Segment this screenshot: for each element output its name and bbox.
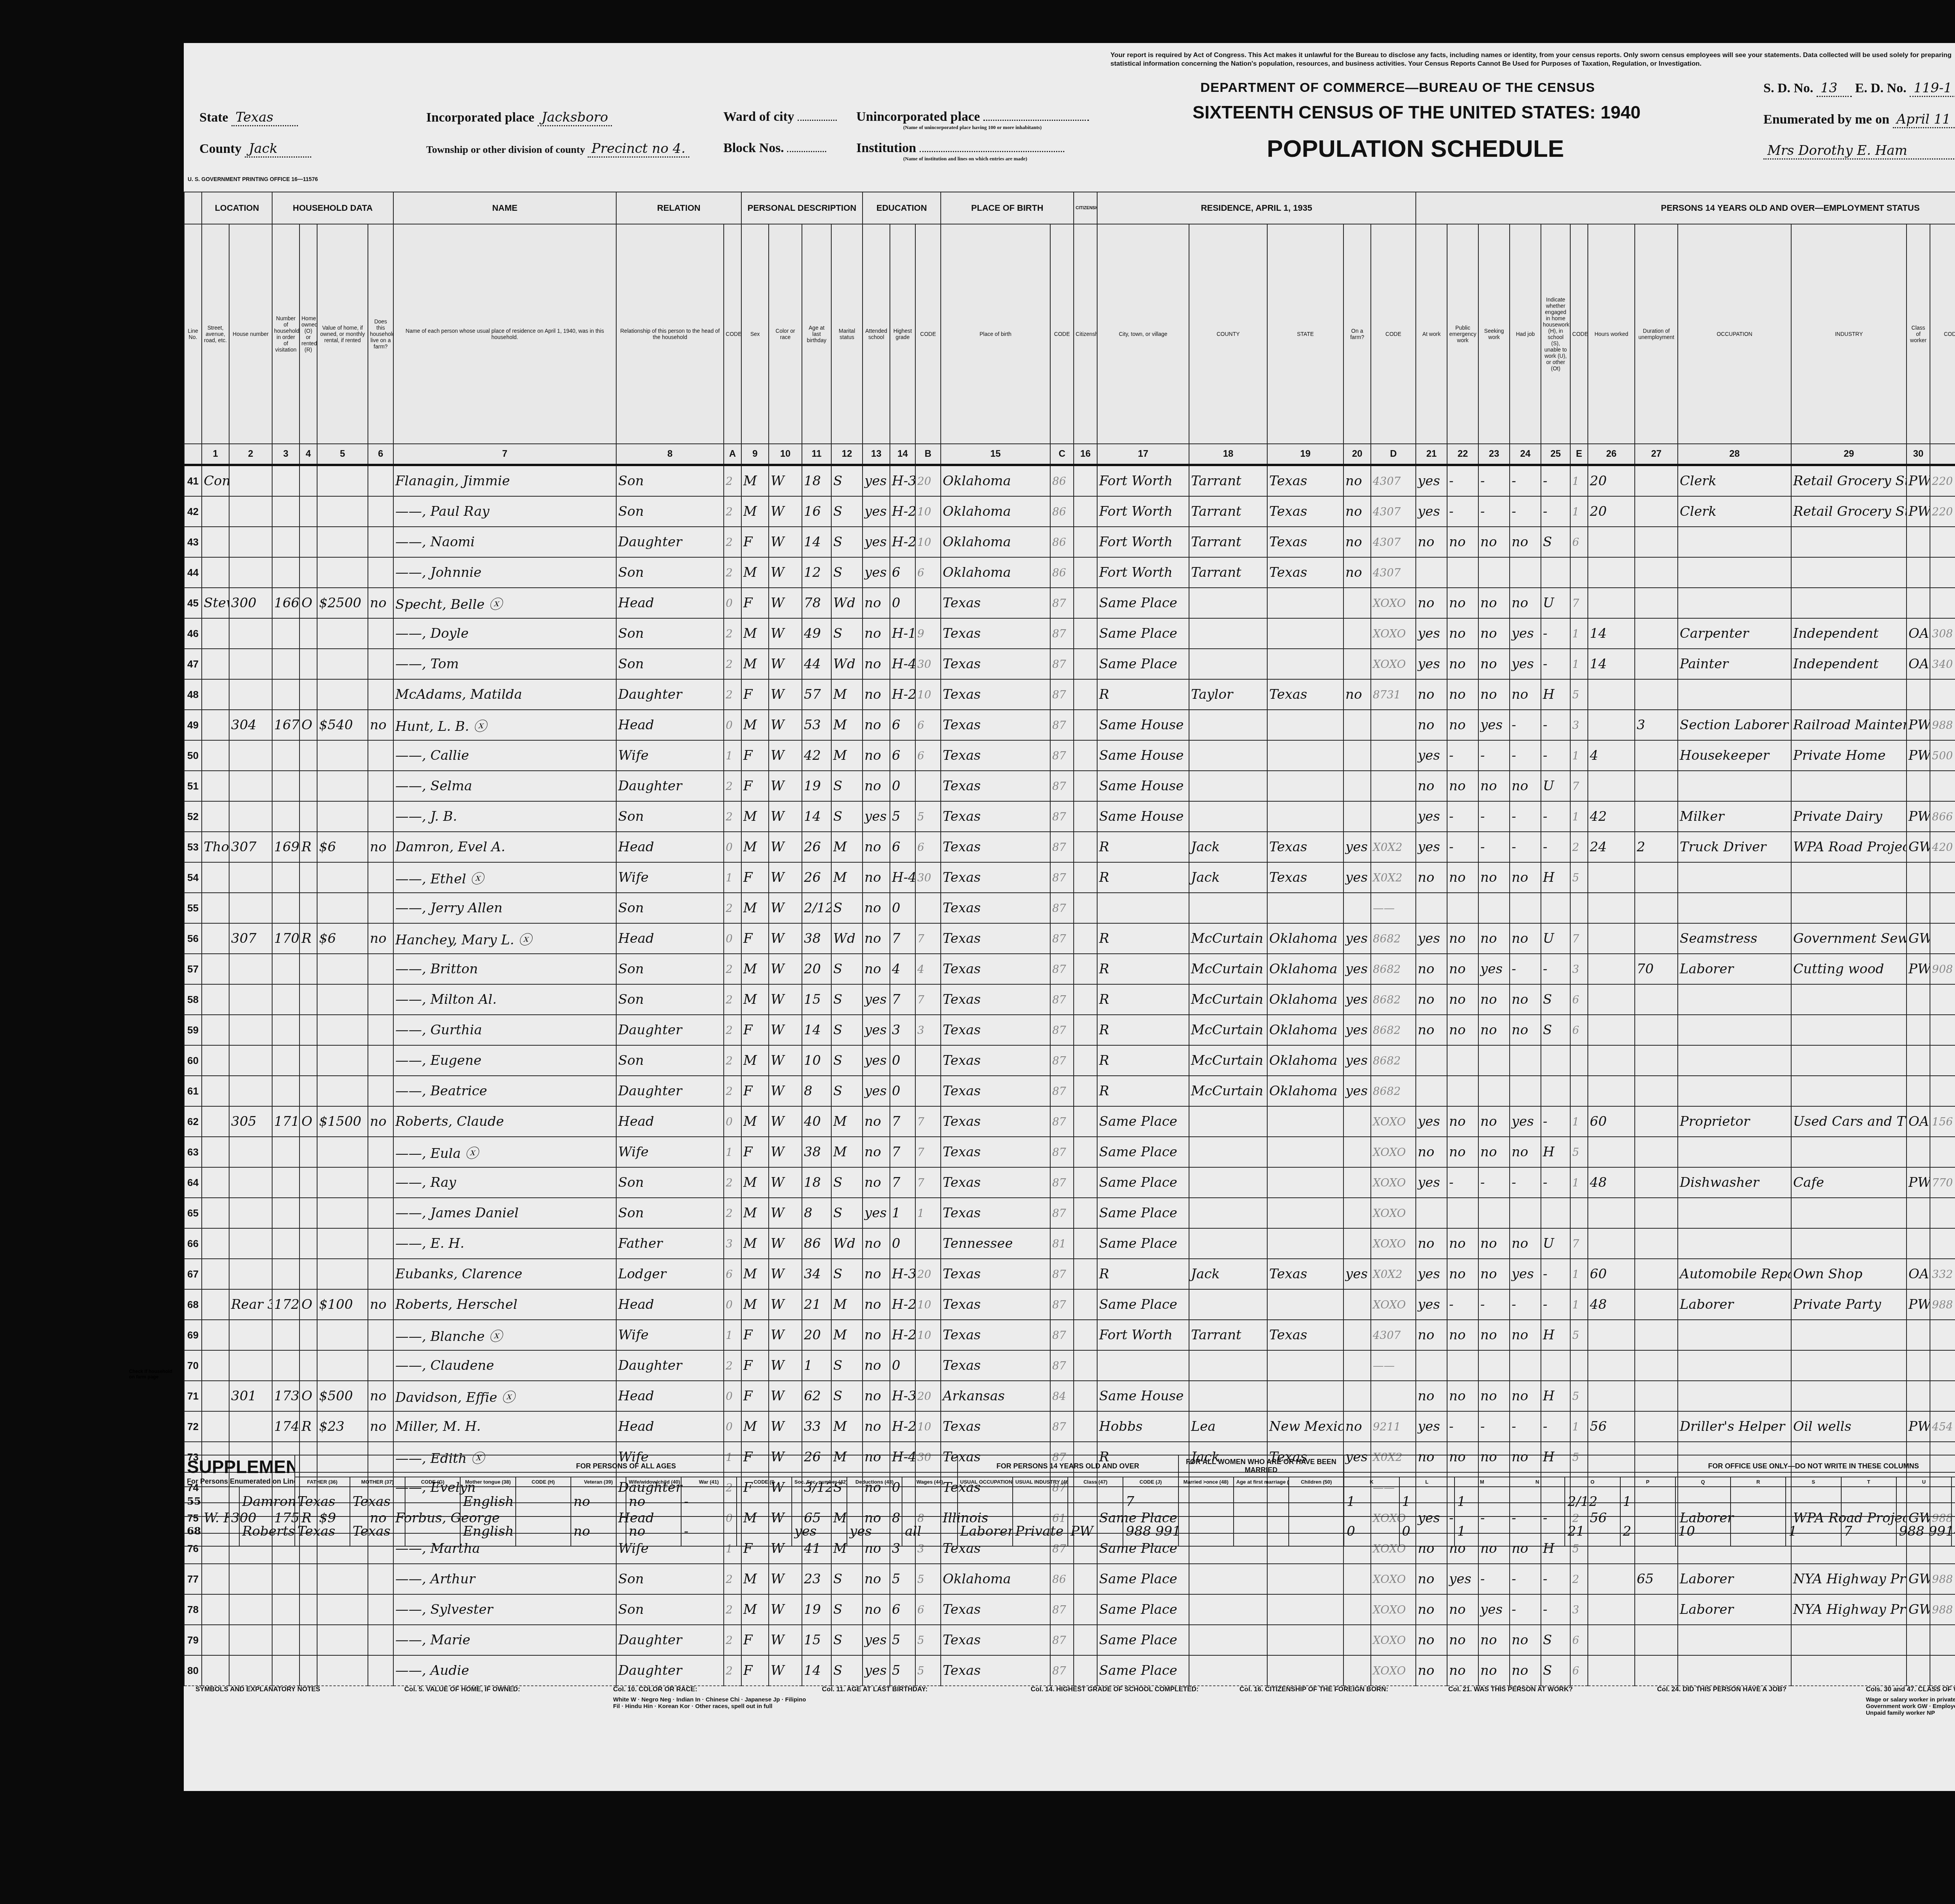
cell-codeE: 1: [1570, 496, 1588, 527]
cell-county: [1189, 1289, 1267, 1320]
cell-cit: [1074, 679, 1097, 710]
cell-house: [229, 557, 272, 588]
cell-codeC: 87: [1050, 1045, 1074, 1076]
cell-codeE: 2: [1570, 1564, 1588, 1594]
cell-state: [1267, 710, 1343, 740]
cell-age: 18: [802, 465, 831, 496]
cell-codeD: XOXO: [1371, 1564, 1416, 1594]
cell-hh: 169: [272, 832, 300, 862]
cell-codeE: 3: [1570, 710, 1588, 740]
line-number: 54: [184, 862, 202, 893]
cell-c26: [1588, 984, 1635, 1015]
cell-onfarm: [1343, 1594, 1371, 1625]
cell-sch: no: [863, 1594, 890, 1625]
cell-farm: no: [368, 588, 393, 618]
cell-city: R: [1097, 1259, 1189, 1289]
supp-cell-c42: [792, 1487, 847, 1516]
cell-codeB: [915, 588, 941, 618]
unincorporated-field: Unincorporated place (Name of unincorpor…: [856, 109, 1089, 131]
cell-grade: H-3: [890, 465, 915, 496]
cell-c24: no: [1510, 1625, 1541, 1655]
cell-birth: Arkansas: [941, 1381, 1050, 1411]
group-14-over: FOR PERSONS 14 YEARS OLD AND OVER: [958, 1455, 1178, 1477]
supplementary-subtitle: For Persons Enumerated on Lines 55 and 6…: [187, 1477, 292, 1486]
cell-codeD: XOXO: [1371, 1655, 1416, 1686]
cell-c23: no: [1478, 771, 1510, 801]
supplementary-title: SUPPLEMENTARY QUESTIONS: [187, 1456, 292, 1477]
cell-birth: Texas: [941, 1015, 1050, 1045]
cell-onfarm: yes: [1343, 1015, 1371, 1045]
cell-sex: F: [741, 588, 769, 618]
cell-name: ——, Ray: [393, 1167, 616, 1198]
cell-codeC: 87: [1050, 679, 1074, 710]
cell-county: Jack: [1189, 1259, 1267, 1289]
cell-name: ——, Milton Al.: [393, 984, 616, 1015]
supp-column-header: V: [1951, 1477, 1955, 1487]
cell-race: W: [769, 557, 802, 588]
cell-mar: S: [831, 1259, 863, 1289]
cell-codeB: 20: [915, 1381, 941, 1411]
supp-cell-occ: Laborer: [958, 1516, 1013, 1546]
supp-row: 55Damron, Jerry AllenTexasTexasEnglishno…: [184, 1487, 1955, 1516]
supp-cell-j: 7: [1123, 1487, 1178, 1516]
cell-county: [1189, 1564, 1267, 1594]
column-number: 23: [1478, 444, 1510, 465]
supp-cell-c50: [1289, 1487, 1344, 1516]
cell-race: W: [769, 527, 802, 557]
cell-ind: [1791, 1320, 1907, 1350]
cell-c22: no: [1447, 1320, 1478, 1350]
cell-race: W: [769, 1076, 802, 1106]
supp-cell-N: [1510, 1516, 1565, 1546]
cell-grade: H-4: [890, 862, 915, 893]
column-number: 5: [317, 444, 368, 465]
cell-c25: -: [1541, 1167, 1570, 1198]
cell-cls: [1907, 1228, 1930, 1259]
cell-c23: no: [1478, 1381, 1510, 1411]
cell-ind: NYA Highway Project: [1791, 1564, 1907, 1594]
cell-race: W: [769, 893, 802, 923]
supp-column-header: Soc. Sec. number (42): [792, 1477, 847, 1487]
column-number: 13: [863, 444, 890, 465]
column-number: 17: [1097, 444, 1189, 465]
cell-c27: [1635, 1594, 1678, 1625]
cell-c23: -: [1478, 1289, 1510, 1320]
supp-column-header: CODE (I): [737, 1477, 792, 1487]
cell-codeF: [1930, 1045, 1955, 1076]
cell-county: McCurtain: [1189, 1015, 1267, 1045]
cell-city: Same Place: [1097, 618, 1189, 649]
supp-column-header: Married >once (48): [1178, 1477, 1234, 1487]
cell-house: 305: [229, 1106, 272, 1137]
column-header: CODE: [1570, 224, 1588, 444]
cell-codeD: X0X2: [1371, 862, 1416, 893]
cell-age: 19: [802, 771, 831, 801]
cell-sch: yes: [863, 1625, 890, 1655]
cell-birth: Texas: [941, 1076, 1050, 1106]
cell-c22: no: [1447, 923, 1478, 954]
cell-occ: Laborer: [1678, 954, 1791, 984]
cell-codeF: [1930, 862, 1955, 893]
cell-codeC: 87: [1050, 1106, 1074, 1137]
supp-cell-cls: PW: [1068, 1516, 1123, 1546]
cell-age: 62: [802, 1381, 831, 1411]
cell-street: [202, 679, 229, 710]
cell-sex: M: [741, 1259, 769, 1289]
supplementary-table: SUPPLEMENTARY QUESTIONS For Persons Enum…: [184, 1455, 1955, 1547]
line-number: 50: [184, 740, 202, 771]
supp-cell-name: Roberts, Herschel: [239, 1516, 294, 1546]
cell-county: [1189, 1167, 1267, 1198]
sd-value: 13: [1817, 80, 1852, 97]
column-number-row: 12345678A91011121314B15C1617181920D21222…: [184, 444, 1955, 465]
cell-grade: 5: [890, 1564, 915, 1594]
cell-c27: [1635, 557, 1678, 588]
cell-c23: no: [1478, 1015, 1510, 1045]
cell-c21: yes: [1416, 1411, 1447, 1442]
cell-sch: no: [863, 893, 890, 923]
cell-name: ——, Beatrice: [393, 1076, 616, 1106]
supp-column-header: M: [1455, 1477, 1510, 1487]
cell-sex: M: [741, 1289, 769, 1320]
cell-codeC: 87: [1050, 862, 1074, 893]
cell-state: [1267, 1289, 1343, 1320]
state-field: State Texas: [199, 109, 298, 126]
cell-name: ——, Sylvester: [393, 1594, 616, 1625]
cell-c21: [1416, 1198, 1447, 1228]
cell-sex: M: [741, 465, 769, 496]
cell-c24: no: [1510, 1015, 1541, 1045]
cell-sch: no: [863, 1137, 890, 1167]
cell-codeD: X0X2: [1371, 1259, 1416, 1289]
cell-city: Fort Worth: [1097, 527, 1189, 557]
cell-grade: H-4: [890, 649, 915, 679]
cell-ind: [1791, 588, 1907, 618]
cell-house: [229, 496, 272, 527]
cell-c27: [1635, 465, 1678, 496]
cell-grade: 0: [890, 588, 915, 618]
cell-race: W: [769, 1411, 802, 1442]
cell-onfarm: [1343, 710, 1371, 740]
cell-city: R: [1097, 1076, 1189, 1106]
cell-sch: no: [863, 1167, 890, 1198]
cell-c23: no: [1478, 527, 1510, 557]
cell-value: $1500: [317, 1106, 368, 1137]
table-row: 54——, Ethel ⓧWife1FW26MnoH-430Texas87RJa…: [184, 862, 1955, 893]
cell-c25: -: [1541, 740, 1570, 771]
cell-birth: Texas: [941, 1350, 1050, 1381]
cell-rel: Wife: [616, 1320, 724, 1350]
column-number: 24: [1510, 444, 1541, 465]
cell-c25: U: [1541, 771, 1570, 801]
cell-age: 19: [802, 1594, 831, 1625]
cell-name: Miller, M. H.: [393, 1411, 616, 1442]
cell-sch: no: [863, 710, 890, 740]
cell-rel: Son: [616, 465, 724, 496]
supp-cell-L: 0: [1399, 1516, 1455, 1546]
cell-ind: [1791, 1655, 1907, 1686]
cell-age: 1: [802, 1350, 831, 1381]
cell-c25: -: [1541, 618, 1570, 649]
cell-codeA: 1: [724, 862, 741, 893]
cell-c22: no: [1447, 771, 1478, 801]
cell-codeF: 220 614: [1930, 465, 1955, 496]
cell-cls: [1907, 1655, 1930, 1686]
cell-codeC: 87: [1050, 1167, 1074, 1198]
cell-c25: [1541, 893, 1570, 923]
cell-cit: [1074, 1625, 1097, 1655]
cell-rel: Wife: [616, 862, 724, 893]
supp-cell-line: 55: [184, 1487, 239, 1516]
cell-ind: [1791, 1015, 1907, 1045]
cell-farm: [368, 1259, 393, 1289]
cell-grade: H-1: [890, 618, 915, 649]
supp-cell-i: [737, 1487, 792, 1516]
column-number: 15: [941, 444, 1050, 465]
cell-c25: H: [1541, 862, 1570, 893]
cell-cls: [1907, 771, 1930, 801]
cell-city: Same Place: [1097, 1289, 1189, 1320]
cell-codeB: 1: [915, 1198, 941, 1228]
table-row: 57——, BrittonSon2MW20Sno44Texas87RMcCurt…: [184, 954, 1955, 984]
cell-c22: no: [1447, 984, 1478, 1015]
cell-codeA: 2: [724, 1655, 741, 1686]
column-number: 29: [1791, 444, 1907, 465]
supp-cell-c40: no: [626, 1516, 681, 1546]
line-number: 77: [184, 1564, 202, 1594]
cell-codeF: [1930, 1655, 1955, 1686]
cell-c27: [1635, 1350, 1678, 1381]
cell-rel: Daughter: [616, 1350, 724, 1381]
cell-name: ——, Selma: [393, 771, 616, 801]
cell-cls: PW: [1907, 465, 1930, 496]
cell-codeB: 7: [915, 923, 941, 954]
cell-occ: Painter: [1678, 649, 1791, 679]
cell-c24: no: [1510, 679, 1541, 710]
cell-hh: 171: [272, 1106, 300, 1137]
cell-codeA: 2: [724, 1076, 741, 1106]
cell-mar: S: [831, 801, 863, 832]
cell-own: [300, 1350, 317, 1381]
cell-own: [300, 649, 317, 679]
table-row: 49304167O$540noHunt, L. B. ⓧHead0MW53Mno…: [184, 710, 1955, 740]
county-field: County Jack: [199, 141, 311, 158]
cell-farm: [368, 618, 393, 649]
cell-codeA: 2: [724, 954, 741, 984]
cell-own: [300, 1015, 317, 1045]
cell-c26: [1588, 710, 1635, 740]
cell-farm: [368, 984, 393, 1015]
cell-rel: Head: [616, 832, 724, 862]
supp-column-header: S: [1786, 1477, 1841, 1487]
cell-mar: S: [831, 893, 863, 923]
cell-cls: [1907, 1076, 1930, 1106]
cell-rel: Son: [616, 984, 724, 1015]
cell-hh: [272, 1350, 300, 1381]
schedule-title: POPULATION SCHEDULE: [1267, 135, 1564, 163]
column-header: On a farm?: [1343, 224, 1371, 444]
cell-rel: Head: [616, 710, 724, 740]
cell-grade: 0: [890, 1228, 915, 1259]
cell-c26: [1588, 1137, 1635, 1167]
cell-c27: [1635, 862, 1678, 893]
cell-mar: S: [831, 771, 863, 801]
cell-street: [202, 984, 229, 1015]
cell-onfarm: yes: [1343, 923, 1371, 954]
cell-codeF: [1930, 1137, 1955, 1167]
column-group-row: LOCATION HOUSEHOLD DATA NAME RELATION PE…: [184, 192, 1955, 224]
table-row: 65——, James DanielSon2MW8Syes11Texas87Sa…: [184, 1198, 1955, 1228]
cell-c22: no: [1447, 588, 1478, 618]
cell-rel: Lodger: [616, 1259, 724, 1289]
cell-ind: [1791, 1198, 1907, 1228]
cell-c22: -: [1447, 1167, 1478, 1198]
cell-sch: yes: [863, 984, 890, 1015]
cell-house: [229, 893, 272, 923]
cell-cit: [1074, 832, 1097, 862]
cell-c27: [1635, 1045, 1678, 1076]
supp-cell-T: [1841, 1487, 1896, 1516]
cell-c23: no: [1478, 862, 1510, 893]
cell-codeD: XOXO: [1371, 1198, 1416, 1228]
cell-sex: M: [741, 1106, 769, 1137]
cell-name: Hanchey, Mary L. ⓧ: [393, 923, 616, 954]
cell-c22: no: [1447, 954, 1478, 984]
cell-ind: Private Dairy: [1791, 801, 1907, 832]
cell-c22: [1447, 893, 1478, 923]
cell-ind: Railroad Maintenance: [1791, 710, 1907, 740]
cell-city: Same Place: [1097, 1106, 1189, 1137]
cell-name: ——, E. H.: [393, 1228, 616, 1259]
cell-farm: [368, 954, 393, 984]
cell-c25: S: [1541, 1015, 1570, 1045]
cell-c21: yes: [1416, 1106, 1447, 1137]
cell-hh: [272, 557, 300, 588]
column-header: Sex: [741, 224, 769, 444]
supp-column-header: Veteran (39): [571, 1477, 626, 1487]
cell-farm: [368, 862, 393, 893]
enumerator-name: Mrs Dorothy E. Ham: [1763, 143, 1955, 160]
cell-codeC: 87: [1050, 1350, 1074, 1381]
table-row: 62305171O$1500noRoberts, ClaudeHead0MW40…: [184, 1106, 1955, 1137]
cell-mar: M: [831, 679, 863, 710]
supp-cell-mother: Texas: [350, 1487, 405, 1516]
cell-own: [300, 801, 317, 832]
table-row: 68Rear 305172O$100noRoberts, HerschelHea…: [184, 1289, 1955, 1320]
column-number: 20: [1343, 444, 1371, 465]
note-col14: Col. 14. HIGHEST GRADE OF SCHOOL COMPLET…: [1031, 1685, 1228, 1783]
cell-onfarm: yes: [1343, 1259, 1371, 1289]
cell-c22: no: [1447, 1625, 1478, 1655]
cell-c24: no: [1510, 984, 1541, 1015]
cell-c26: [1588, 1228, 1635, 1259]
cell-house: [229, 771, 272, 801]
cell-rel: Son: [616, 1594, 724, 1625]
supp-cell-c49: [1234, 1516, 1289, 1546]
cell-farm: [368, 771, 393, 801]
cell-race: W: [769, 1015, 802, 1045]
cell-c22: no: [1447, 679, 1478, 710]
cell-codeF: [1930, 1320, 1955, 1350]
cell-county: [1189, 1594, 1267, 1625]
cell-cls: PW: [1907, 710, 1930, 740]
cell-city: Same House: [1097, 740, 1189, 771]
cell-c23: -: [1478, 465, 1510, 496]
cell-sex: F: [741, 679, 769, 710]
cell-sch: no: [863, 740, 890, 771]
cell-occ: [1678, 1655, 1791, 1686]
cell-hh: [272, 496, 300, 527]
cell-c25: H: [1541, 1320, 1570, 1350]
cell-farm: [368, 649, 393, 679]
cell-own: [300, 465, 317, 496]
cell-age: 20: [802, 954, 831, 984]
cell-street: [202, 710, 229, 740]
cell-age: 38: [802, 1137, 831, 1167]
cell-c27: [1635, 740, 1678, 771]
cell-c27: [1635, 649, 1678, 679]
supp-cell-occ: [958, 1487, 1013, 1516]
cell-codeD: XOXO: [1371, 618, 1416, 649]
cell-ind: [1791, 984, 1907, 1015]
cell-birth: Texas: [941, 1289, 1050, 1320]
cell-grade: H-2: [890, 679, 915, 710]
cell-city: Same Place: [1097, 1564, 1189, 1594]
cell-name: Davidson, Effie ⓧ: [393, 1381, 616, 1411]
cell-age: 14: [802, 527, 831, 557]
supp-cell-P: 2: [1620, 1516, 1675, 1546]
cell-c24: no: [1510, 771, 1541, 801]
cell-value: [317, 1076, 368, 1106]
column-header: House number: [229, 224, 272, 444]
table-row: 52——, J. B.Son2MW14Syes55Texas87Same Hou…: [184, 801, 1955, 832]
cell-race: W: [769, 679, 802, 710]
cell-cit: [1074, 1259, 1097, 1289]
cell-onfarm: [1343, 771, 1371, 801]
cell-city: Same House: [1097, 771, 1189, 801]
cell-street: Cont'd: [202, 465, 229, 496]
cell-c24: yes: [1510, 1259, 1541, 1289]
cell-age: 14: [802, 1655, 831, 1686]
column-header: CODE (Leave blank): [1930, 224, 1955, 444]
cell-c22: -: [1447, 740, 1478, 771]
cell-birth: Texas: [941, 618, 1050, 649]
cell-codeB: 7: [915, 1106, 941, 1137]
line-number: 58: [184, 984, 202, 1015]
cell-grade: 0: [890, 893, 915, 923]
cell-onfarm: yes: [1343, 1076, 1371, 1106]
cell-race: W: [769, 1625, 802, 1655]
supp-row: 68Roberts, HerschelTexasTexasEnglishnono…: [184, 1516, 1955, 1546]
cell-c26: 42: [1588, 801, 1635, 832]
cell-race: W: [769, 618, 802, 649]
cell-sex: F: [741, 862, 769, 893]
cell-ind: Independent: [1791, 618, 1907, 649]
cell-c25: -: [1541, 1289, 1570, 1320]
cell-farm: [368, 1228, 393, 1259]
cell-onfarm: [1343, 1289, 1371, 1320]
cell-codeB: 6: [915, 832, 941, 862]
cell-occ: [1678, 1045, 1791, 1076]
cell-state: Oklahoma: [1267, 1076, 1343, 1106]
cell-state: Texas: [1267, 557, 1343, 588]
cell-hh: [272, 1167, 300, 1198]
cell-codeA: 2: [724, 527, 741, 557]
cell-name: ——, Claudene: [393, 1350, 616, 1381]
cell-c21: no: [1416, 1015, 1447, 1045]
cell-ind: [1791, 1076, 1907, 1106]
cell-street: [202, 923, 229, 954]
